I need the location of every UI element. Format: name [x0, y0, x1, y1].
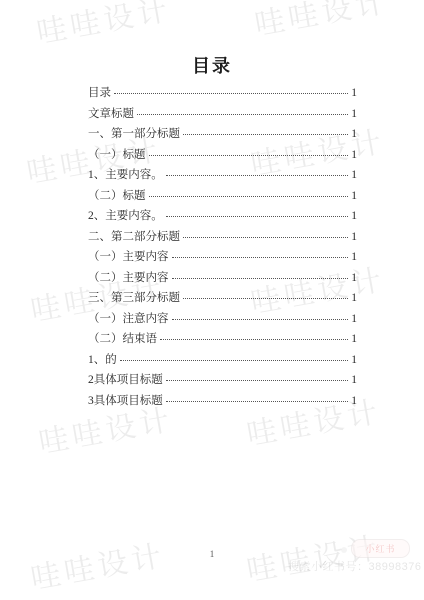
toc-entry-page: 1 — [351, 313, 357, 325]
toc-entry-page: 1 — [351, 87, 357, 99]
toc-leader-dots — [166, 216, 349, 217]
toc-leader-dots — [166, 380, 349, 381]
toc-entry[interactable]: （二）标题1 — [88, 187, 357, 208]
toc-entry-page: 1 — [351, 251, 357, 263]
toc-leader-dots — [137, 114, 348, 115]
page-title: 目录 — [0, 52, 424, 78]
toc-entry-label: 一、第一部分标题 — [88, 125, 180, 141]
toc-leader-dots — [149, 196, 349, 197]
xiaohongshu-badge: 小红书 — [351, 539, 410, 558]
toc-entry[interactable]: 1、主要内容。1 — [88, 166, 357, 187]
document-page: 哇哇设计 哇哇设计 哇哇设计 哇哇设计 哇哇设计 哇哇设计 哇哇设计 哇哇设计 … — [0, 0, 424, 600]
toc-entry-label: 1、的 — [88, 351, 117, 367]
toc-entry[interactable]: 2、主要内容。1 — [88, 207, 357, 228]
toc-entry[interactable]: （二）结束语1 — [88, 330, 357, 351]
watermark-text: 哇哇设计 — [28, 538, 168, 597]
toc-entry-label: （一）主要内容 — [88, 248, 169, 264]
toc-entry-label: 三、第三部分标题 — [88, 289, 180, 305]
toc-entry-label: （二）主要内容 — [88, 269, 169, 285]
toc-leader-dots — [183, 298, 348, 299]
toc-entry-page: 1 — [351, 333, 357, 345]
toc-leader-dots — [160, 339, 348, 340]
toc-entry[interactable]: 三、第三部分标题1 — [88, 289, 357, 310]
watermark-text: 哇哇设计 — [252, 0, 392, 43]
toc-entry-label: （二）标题 — [88, 187, 146, 203]
toc-leader-dots — [114, 93, 348, 94]
toc-entry-page: 1 — [351, 395, 357, 407]
toc-entry-label: （一）标题 — [88, 146, 146, 162]
toc-entry[interactable]: （二）主要内容1 — [88, 269, 357, 290]
xiaohongshu-account-text: 搜索小红书号：38998376 — [288, 558, 421, 574]
toc-entry-page: 1 — [351, 169, 357, 181]
toc-entry[interactable]: （一）标题1 — [88, 146, 357, 167]
toc-entry-label: 2具体项目标题 — [88, 371, 163, 387]
toc-entry-page: 1 — [351, 231, 357, 243]
toc-entry-page: 1 — [351, 374, 357, 386]
toc-entry-page: 1 — [351, 149, 357, 161]
toc-leader-dots — [172, 257, 349, 258]
toc-leader-dots — [166, 175, 349, 176]
toc-list: 目录1文章标题1一、第一部分标题1（一）标题11、主要内容。1（二）标题12、主… — [88, 84, 357, 412]
toc-leader-dots — [172, 319, 349, 320]
toc-leader-dots — [120, 360, 349, 361]
toc-leader-dots — [183, 237, 348, 238]
toc-entry-label: 1、主要内容。 — [88, 166, 163, 182]
toc-entry-page: 1 — [351, 210, 357, 222]
toc-entry[interactable]: 3具体项目标题1 — [88, 392, 357, 413]
toc-entry-page: 1 — [351, 354, 357, 366]
xiaohongshu-logo-dot-icon — [341, 547, 347, 553]
toc-leader-dots — [172, 278, 349, 279]
toc-entry[interactable]: 文章标题1 — [88, 105, 357, 126]
toc-entry-label: 二、第二部分标题 — [88, 228, 180, 244]
toc-entry-page: 1 — [351, 190, 357, 202]
toc-entry-label: （一）注意内容 — [88, 310, 169, 326]
toc-entry[interactable]: 二、第二部分标题1 — [88, 228, 357, 249]
toc-entry[interactable]: （一）主要内容1 — [88, 248, 357, 269]
toc-leader-dots — [166, 401, 349, 402]
toc-entry-page: 1 — [351, 128, 357, 140]
toc-entry[interactable]: 一、第一部分标题1 — [88, 125, 357, 146]
toc-entry-page: 1 — [351, 272, 357, 284]
toc-entry-page: 1 — [351, 292, 357, 304]
toc-entry-label: 3具体项目标题 — [88, 392, 163, 408]
toc-leader-dots — [149, 155, 349, 156]
toc-entry-label: （二）结束语 — [88, 330, 157, 346]
toc-entry-label: 文章标题 — [88, 105, 134, 121]
toc-entry-label: 2、主要内容。 — [88, 207, 163, 223]
toc-entry[interactable]: （一）注意内容1 — [88, 310, 357, 331]
toc-entry[interactable]: 2具体项目标题1 — [88, 371, 357, 392]
watermark-text: 哇哇设计 — [34, 0, 174, 51]
toc-entry[interactable]: 1、的1 — [88, 351, 357, 372]
toc-entry[interactable]: 目录1 — [88, 84, 357, 105]
toc-entry-label: 目录 — [88, 84, 111, 100]
toc-leader-dots — [183, 134, 348, 135]
toc-entry-page: 1 — [351, 108, 357, 120]
